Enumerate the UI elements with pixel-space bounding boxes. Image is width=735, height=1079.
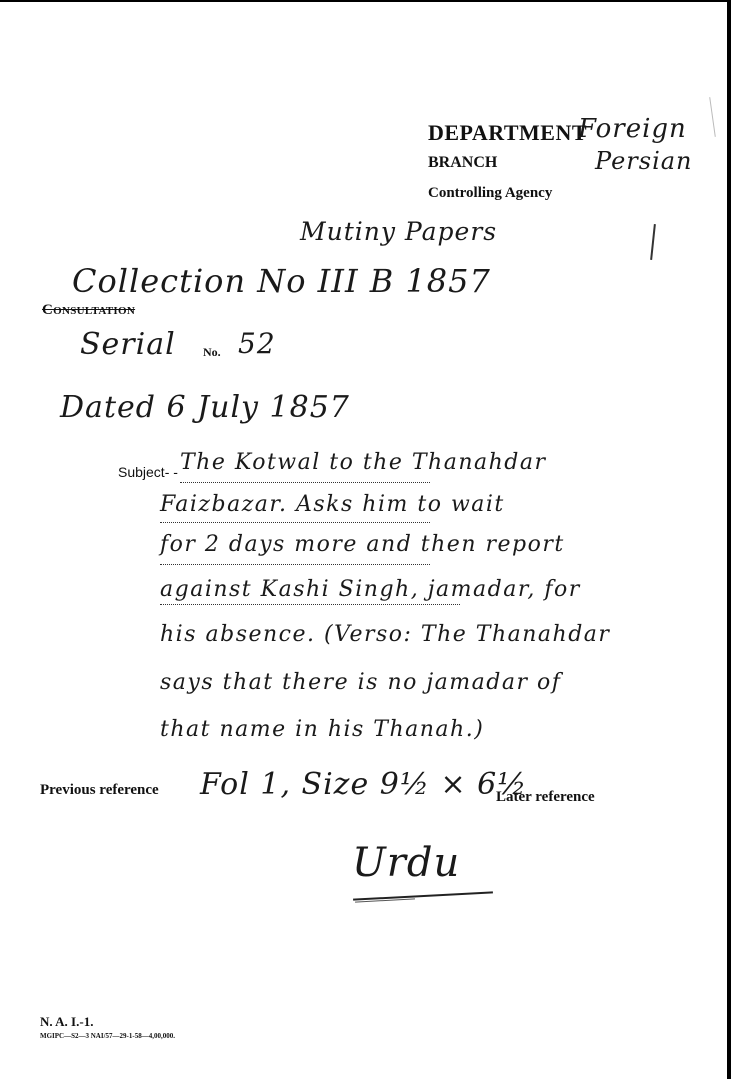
branch-value: Persian [595, 147, 693, 175]
margin-mark [709, 97, 716, 137]
subject-line: against Kashi Singh, jamadar, for [160, 577, 581, 602]
branch-label: BRANCH [428, 154, 497, 172]
dotted-rule [160, 604, 460, 605]
dotted-rule [160, 522, 430, 523]
dotted-rule [180, 482, 430, 483]
previous-reference-label: Previous reference [40, 782, 159, 799]
subject-line: says that there is no jamadar of [160, 670, 561, 695]
form-number: N. A. I.-1. [40, 1014, 93, 1030]
folio-size-value: Fol 1, Size 9½ × 6½ [200, 767, 527, 802]
controlling-agency-value: Mutiny Papers [300, 217, 497, 246]
subject-line: that name in his Thanah.) [160, 717, 484, 742]
subject-line: his absence. (Verso: The Thanahdar [160, 622, 610, 647]
serial-prefix: Serial [80, 327, 176, 362]
collection-value: Collection No III B 1857 [72, 262, 491, 300]
subject-line: Faizbazar. Asks him to wait [160, 492, 505, 517]
subject-line: The Kotwal to the Thanahdar [180, 450, 547, 475]
pen-stroke-mark [650, 224, 656, 260]
subject-label: Subject- - [118, 464, 178, 480]
department-value: Foreign [578, 114, 687, 144]
later-reference-label: Later reference [496, 789, 595, 806]
dated-value: Dated 6 July 1857 [60, 390, 350, 425]
archival-form-page: DEPARTMENT Foreign BRANCH Persian Contro… [0, 0, 731, 1079]
serial-number: 52 [238, 327, 276, 360]
consultation-label: Consultation [42, 302, 135, 319]
department-label: DEPARTMENT [428, 120, 587, 146]
controlling-agency-label: Controlling Agency [428, 185, 552, 202]
subject-line: for 2 days more and then report [160, 532, 565, 557]
dotted-rule [160, 564, 430, 565]
printer-imprint: MGIPC—S2—3 NAI/57—29-1-58—4,00,000. [40, 1032, 175, 1040]
language-value: Urdu [352, 840, 460, 886]
language-underline [353, 891, 493, 900]
number-label: No. [203, 345, 221, 360]
